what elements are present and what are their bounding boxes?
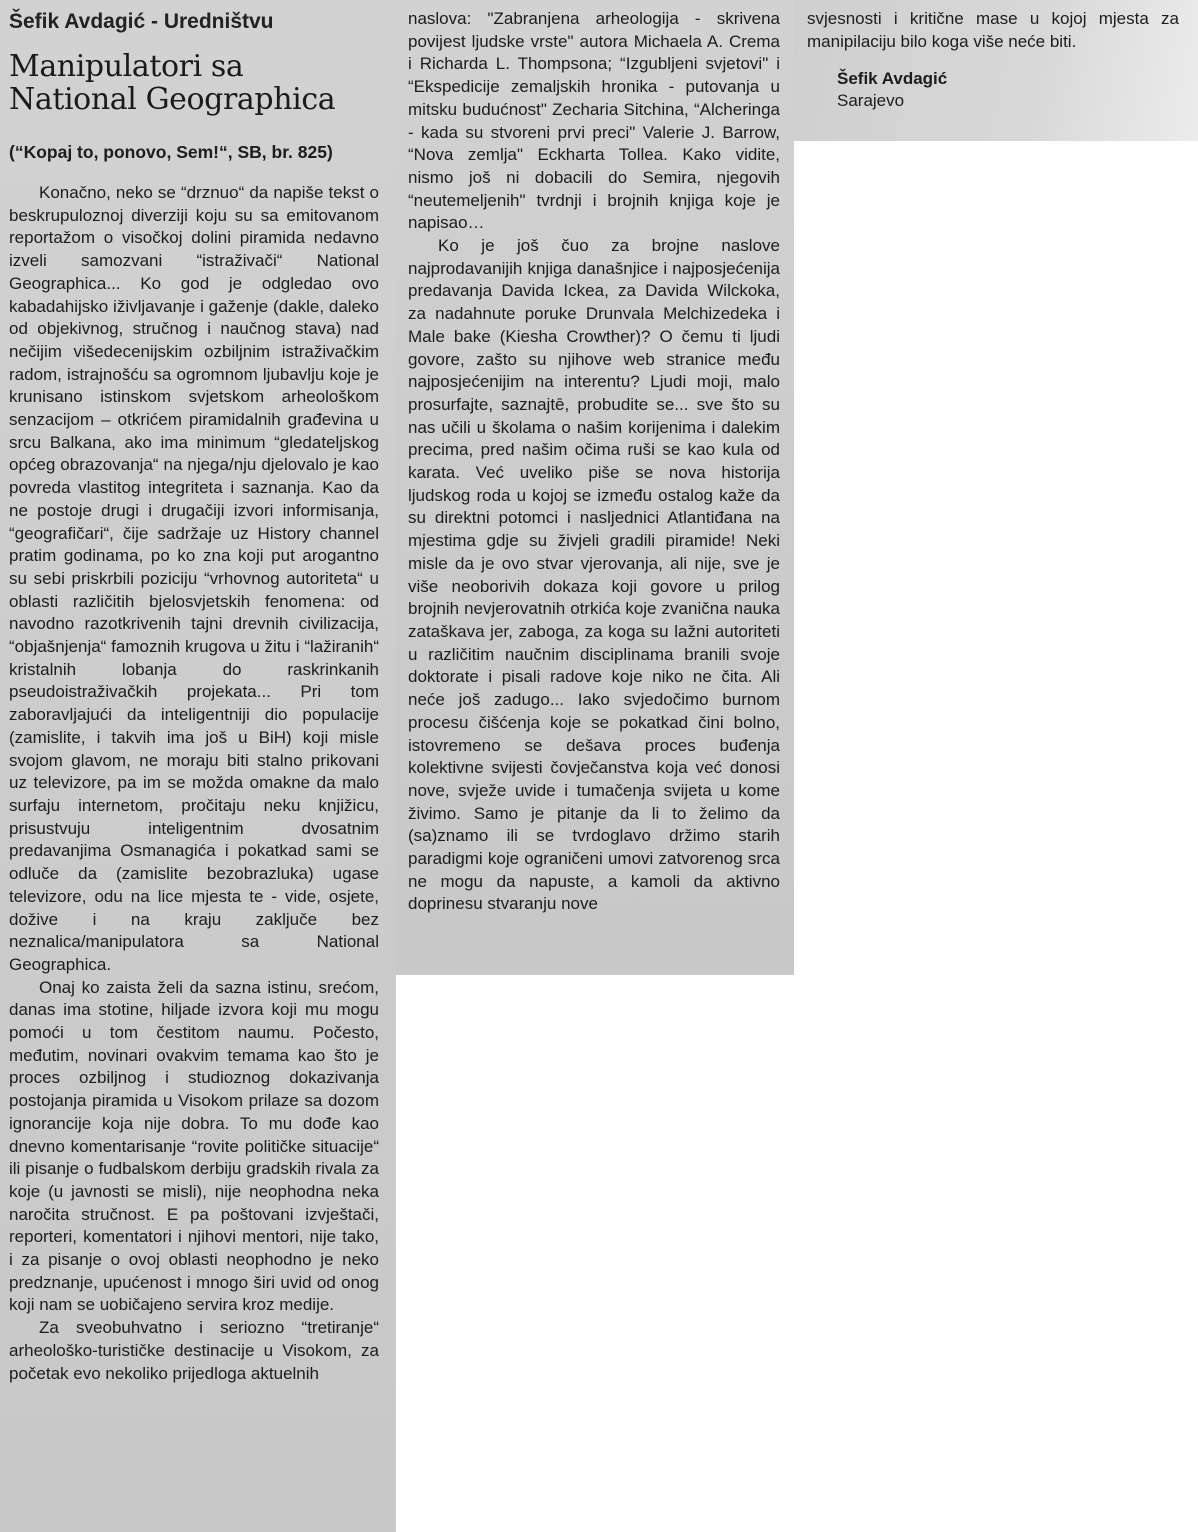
middle-column: naslova: "Zabranjena arheologija - skriv… <box>408 8 780 916</box>
article-paragraph: Konačno, neko se “drznuo“ da napiše teks… <box>9 182 379 977</box>
left-column: Šefik Avdagić - Uredništvu Manipulatori … <box>9 8 379 1385</box>
letter-kicker: Šefik Avdagić - Uredništvu <box>9 8 379 36</box>
right-column: svjesnosti i kritične mase u kojoj mjest… <box>807 8 1179 112</box>
author-name: Šefik Avdagić <box>837 68 1179 90</box>
article-paragraph: Onaj ko zaista želi da sazna istinu, sre… <box>9 977 379 1318</box>
article-paragraph: Ko je još čuo za brojne naslove najproda… <box>408 235 780 916</box>
author-city: Sarajevo <box>837 90 1179 112</box>
article-headline: Manipulatori sa National Geographica <box>9 50 379 116</box>
article-paragraph: svjesnosti i kritične mase u kojoj mjest… <box>807 8 1179 53</box>
newspaper-clipping: Šefik Avdagić - Uredništvu Manipulatori … <box>0 0 1198 1532</box>
article-reference: (“Kopaj to, ponovo, Sem!“, SB, br. 825) <box>9 140 379 164</box>
article-paragraph: naslova: "Zabranjena arheologija - skriv… <box>408 8 780 235</box>
signature: Šefik Avdagić Sarajevo <box>837 68 1179 112</box>
article-paragraph: Za sveobuhvatno i seriozno “tretiranje“ … <box>9 1317 379 1385</box>
